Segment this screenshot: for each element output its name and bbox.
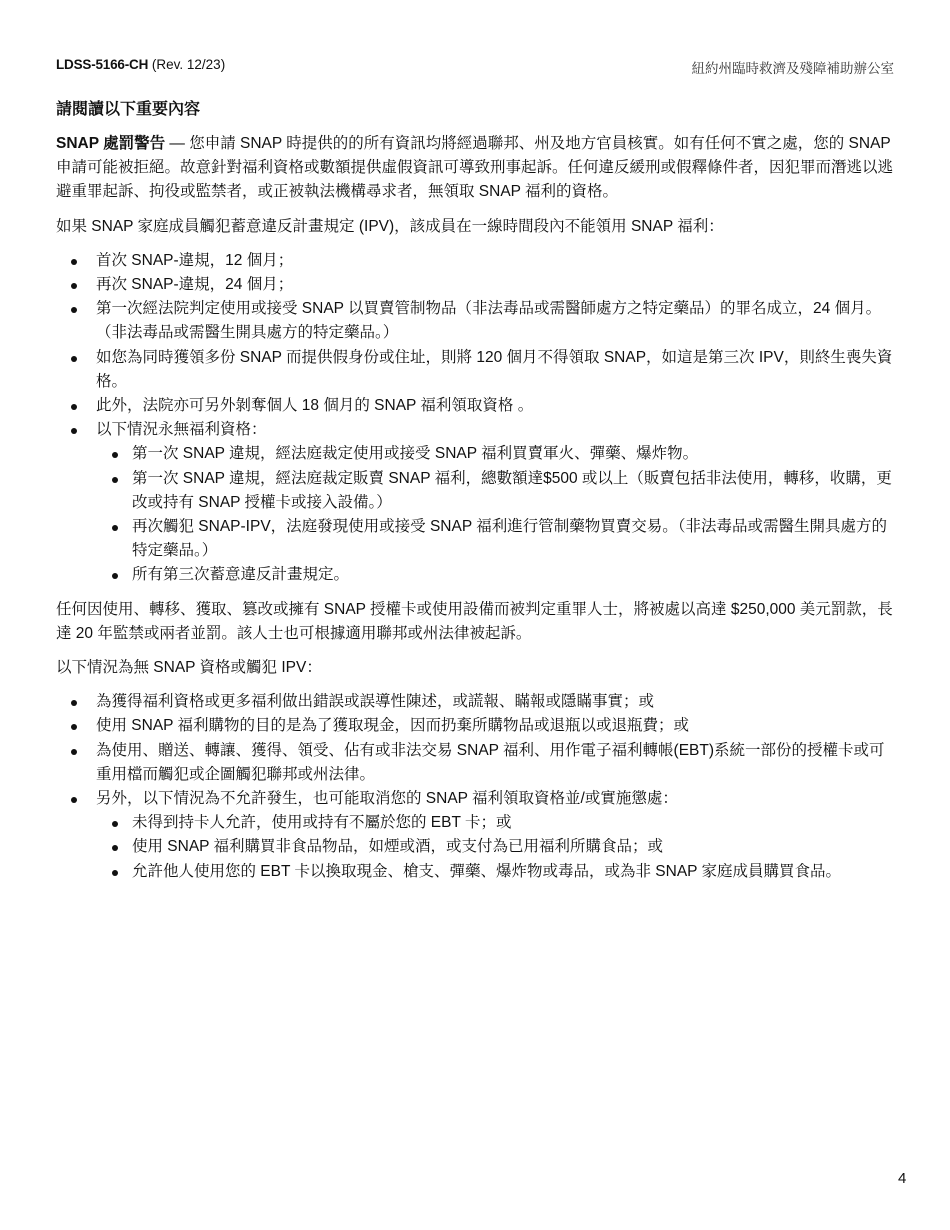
page-number: 4	[898, 1170, 906, 1187]
list-item: 第一次 SNAP 違規，經法庭裁定販賣 SNAP 福利，總數額達$500 或以上…	[96, 467, 894, 515]
list-item: 為獲得福利資格或更多福利做出錯誤或誤導性陳述，或謊報、瞞報或隱瞞事實；或	[56, 690, 894, 714]
permanent-ineligibility-list: 第一次 SNAP 違規，經法庭裁定使用或接受 SNAP 福利買賣軍火、彈藥、爆炸…	[96, 442, 894, 587]
ineligible-intro: 以下情況為無 SNAP 資格或觸犯 IPV：	[56, 656, 894, 680]
list-item: 使用 SNAP 福利購買非食品物品，如煙或酒，或支付為已用福利所購食品；或	[96, 835, 894, 859]
list-item: 首次 SNAP-違規，12 個月；	[56, 249, 894, 273]
list-item: 所有第三次蓄意違反計畫規定。	[96, 563, 894, 587]
penalty-warning-text: — 您申請 SNAP 時提供的的所有資訊均將經過聯邦、州及地方官員核實。如有任何…	[56, 135, 893, 200]
ipv-penalty-list: 首次 SNAP-違規，12 個月； 再次 SNAP-違規，24 個月； 第一次經…	[56, 249, 894, 588]
list-item: 如您為同時獲領多份 SNAP 而提供假身份或住址，則將 120 個月不得領取 S…	[56, 346, 894, 394]
agency-name: 紐約州臨時救濟及殘障補助辦公室	[692, 57, 895, 77]
list-item-not-allowed: 另外，以下情況為不允許發生，也可能取消您的 SNAP 福利領取資格並/或實施懲處…	[56, 787, 894, 884]
document-body: SNAP 處罰警告 — 您申請 SNAP 時提供的的所有資訊均將經過聯邦、州及地…	[56, 132, 894, 894]
list-item: 第一次經法院判定使用或接受 SNAP 以買賣管制物品（非法毒品或需醫師處方之特定…	[56, 297, 894, 345]
list-item: 再次觸犯 SNAP-IPV，法庭發現使用或接受 SNAP 福利進行管制藥物買賣交…	[96, 515, 894, 563]
list-item: 為使用、贈送、轉讓、獲得、領受、佔有或非法交易 SNAP 福利、用作電子福利轉帳…	[56, 739, 894, 787]
ipv-intro: 如果 SNAP 家庭成員觸犯蓄意違反計畫規定 (IPV)，該成員在一線時間段內不…	[56, 215, 894, 239]
list-item-permanent: 以下情況永無福利資格： 第一次 SNAP 違規，經法庭裁定使用或接受 SNAP …	[56, 418, 894, 587]
penalty-warning-label: SNAP 處罰警告	[56, 135, 165, 152]
list-item-label: 以下情況永無福利資格：	[96, 421, 267, 438]
section-title: 請閱讀以下重要內容	[56, 96, 200, 119]
list-item: 此外，法院亦可另外剝奪個人 18 個月的 SNAP 福利領取資格 。	[56, 394, 894, 418]
list-item-label: 另外，以下情況為不允許發生，也可能取消您的 SNAP 福利領取資格並/或實施懲處…	[96, 790, 678, 807]
list-item: 使用 SNAP 福利購物的目的是為了獲取現金，因而扔棄所購物品或退瓶以或退瓶費；…	[56, 714, 894, 738]
form-identifier: LDSS-5166-CH (Rev. 12/23)	[56, 57, 225, 72]
list-item: 未得到持卡人允許，使用或持有不屬於您的 EBT 卡；或	[96, 811, 894, 835]
list-item: 允許他人使用您的 EBT 卡以換取現金、槍支、彈藥、爆炸物或毒品，或為非 SNA…	[96, 860, 894, 884]
page-header: LDSS-5166-CH (Rev. 12/23) 紐約州臨時救濟及殘障補助辦公…	[56, 57, 894, 77]
penalty-warning-paragraph: SNAP 處罰警告 — 您申請 SNAP 時提供的的所有資訊均將經過聯邦、州及地…	[56, 132, 894, 205]
form-revision: (Rev. 12/23)	[152, 57, 225, 72]
felony-paragraph: 任何因使用、轉移、獲取、篡改或擁有 SNAP 授權卡或使用設備而被判定重罪人士，…	[56, 598, 894, 646]
form-id: LDSS-5166-CH	[56, 57, 148, 72]
not-allowed-list: 未得到持卡人允許，使用或持有不屬於您的 EBT 卡；或 使用 SNAP 福利購買…	[96, 811, 894, 884]
list-item: 再次 SNAP-違規，24 個月；	[56, 273, 894, 297]
list-item: 第一次 SNAP 違規，經法庭裁定使用或接受 SNAP 福利買賣軍火、彈藥、爆炸…	[96, 442, 894, 466]
ineligible-list: 為獲得福利資格或更多福利做出錯誤或誤導性陳述，或謊報、瞞報或隱瞞事實；或 使用 …	[56, 690, 894, 884]
